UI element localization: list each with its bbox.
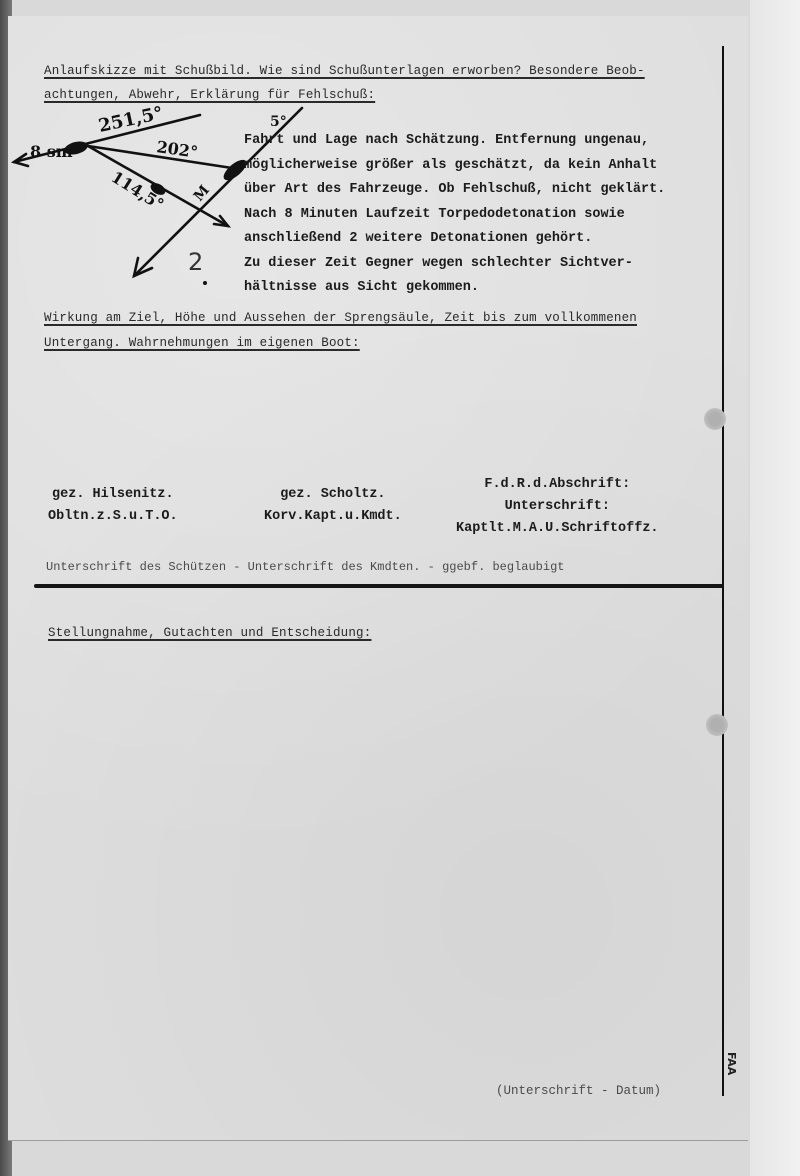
effect-header-line1: Wirkung am Ziel, Höhe und Aussehen der S…: [44, 311, 637, 325]
observation-line: Fahrt und Lage nach Schätzung. Entfernun…: [244, 129, 665, 154]
scan-backdrop-right: [750, 0, 800, 1176]
signature-certification: F.d.R.d.Abschrift: Unterschrift: Kaptlt.…: [456, 474, 659, 540]
margin-mark: FAA: [725, 1052, 738, 1075]
sketch-marginal-number: 2: [188, 248, 203, 276]
commander-rank: Korv.Kapt.u.Kmdt.: [264, 506, 402, 528]
observation-line: hältnisse aus Sicht gekommen.: [244, 276, 665, 301]
shooter-name: gez. Hilsenitz.: [48, 484, 178, 506]
observation-line: möglicherweise größer als geschätzt, da …: [244, 154, 665, 179]
commander-name: gez. Scholtz.: [264, 484, 402, 506]
decision-header: Stellungnahme, Gutachten und Entscheidun…: [48, 626, 371, 640]
observations-text: Fahrt und Lage nach Schätzung. Entfernun…: [244, 129, 665, 301]
sketch-header-line1: Anlaufskizze mit Schußbild. Wie sind Sch…: [44, 64, 645, 78]
certification-line: Kaptlt.M.A.U.Schriftoffz.: [456, 518, 659, 540]
observation-line: anschließend 2 weitere Detonationen gehö…: [244, 227, 665, 252]
punch-hole: [704, 408, 726, 430]
sketch-speed-label: 8 sm: [30, 142, 73, 161]
right-margin-rule: [722, 46, 724, 1096]
observation-line: Nach 8 Minuten Laufzeit Torpedodetonatio…: [244, 203, 665, 228]
signature-shooter: gez. Hilsenitz. Obltn.z.S.u.T.O.: [48, 484, 178, 528]
punch-hole: [706, 714, 728, 736]
shooter-rank: Obltn.z.S.u.T.O.: [48, 506, 178, 528]
observation-line: Zu dieser Zeit Gegner wegen schlechter S…: [244, 252, 665, 277]
certification-line: Unterschrift:: [456, 496, 659, 518]
sketch-angle-label: 5°: [270, 114, 287, 130]
footer-signature-date-caption: (Unterschrift - Datum): [496, 1084, 661, 1098]
effect-header-line2: Untergang. Wahrnehmungen im eigenen Boot…: [44, 336, 360, 350]
signature-commander: gez. Scholtz. Korv.Kapt.u.Kmdt.: [264, 484, 402, 528]
signature-caption: Unterschrift des Schützen - Unterschrift…: [46, 560, 564, 574]
section-divider: [34, 584, 724, 588]
observation-line: über Art des Fahrzeuge. Ob Fehlschuß, ni…: [244, 178, 665, 203]
certification-line: F.d.R.d.Abschrift:: [456, 474, 659, 496]
